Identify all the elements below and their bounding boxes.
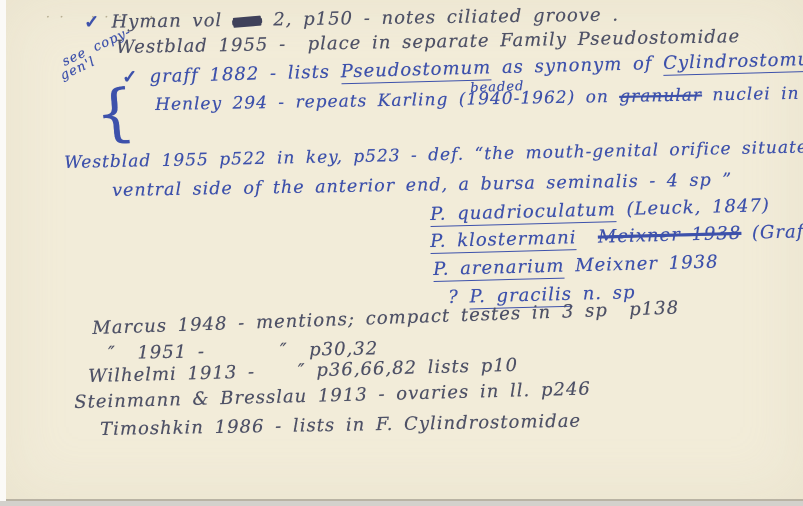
note-henley-seg-0: Henley 294 - repeats Karling (1940-1962)… [155, 87, 619, 115]
note-graff-1882-seg-4: Cylindrostomum [663, 49, 803, 76]
note-graff-1882-seg-1: graff 1882 - lists [149, 61, 341, 87]
scan-edge-shadow [0, 501, 803, 506]
species-klostermani-seg-3: (Graff 1874) [741, 219, 803, 244]
species-arenarium: P. arenarium Meixner 1938 [433, 252, 719, 282]
note-hyman-seg-3: 2, p150 - notes ciliated groove . [262, 5, 619, 31]
note-henley-seg-2: nuclei in sperm . [702, 82, 803, 105]
note-westblad-def-1: Westblad 1955 p522 in key, p523 - def. “… [64, 136, 803, 175]
species-klostermani-seg-0: P. klostermani [430, 227, 577, 254]
note-timoshkin-1986: Timoshkin 1986 - lists in F. Cylindrosto… [100, 411, 581, 442]
note-marcus-1948-seg-0: Marcus 1948 - mentions; compact testes i… [92, 298, 679, 339]
species-arenarium-seg-1: Meixner 1938 [564, 252, 719, 277]
brace: { [92, 73, 138, 154]
species-klostermani-seg-1 [576, 227, 598, 249]
species-quadrioculatum-seg-1: (Leuck, 1847) [615, 195, 770, 220]
note-graff-1882-seg-2: Pseudostomum [340, 57, 491, 84]
note-hyman-seg-0: ✓ [84, 12, 112, 33]
species-quadrioculatum: P. quadrioculatum (Leuck, 1847) [430, 195, 770, 226]
species-arenarium-seg-0: P. arenarium [433, 256, 565, 282]
note-henley-seg-1: granular [619, 85, 702, 106]
note-timoshkin-1986-seg-0: Timoshkin 1986 - lists in F. Cylindrosto… [100, 411, 581, 440]
annotation-beaded: beaded [470, 79, 525, 97]
brace-seg-0: { [92, 75, 138, 151]
note-hyman-seg-2: art [233, 10, 263, 31]
handwriting-layer: · · · · · ·✓ Hyman vol art 2, p150 - not… [0, 0, 803, 506]
note-westblad-def-2-seg-0: ventral side of the anterior end, a burs… [112, 170, 732, 201]
annotation-beaded-seg-0: beaded [470, 79, 525, 96]
species-klostermani-seg-2: Meixner 1938 [598, 223, 742, 248]
note-graff-1882-seg-3: as synonym of [491, 53, 664, 78]
species-quadrioculatum-seg-0: P. quadrioculatum [430, 199, 616, 227]
note-westblad-def-1-seg-0: Westblad 1955 p522 in key, p523 - def. “… [64, 136, 803, 173]
note-marcus-1948: Marcus 1948 - mentions; compact testes i… [92, 298, 679, 341]
